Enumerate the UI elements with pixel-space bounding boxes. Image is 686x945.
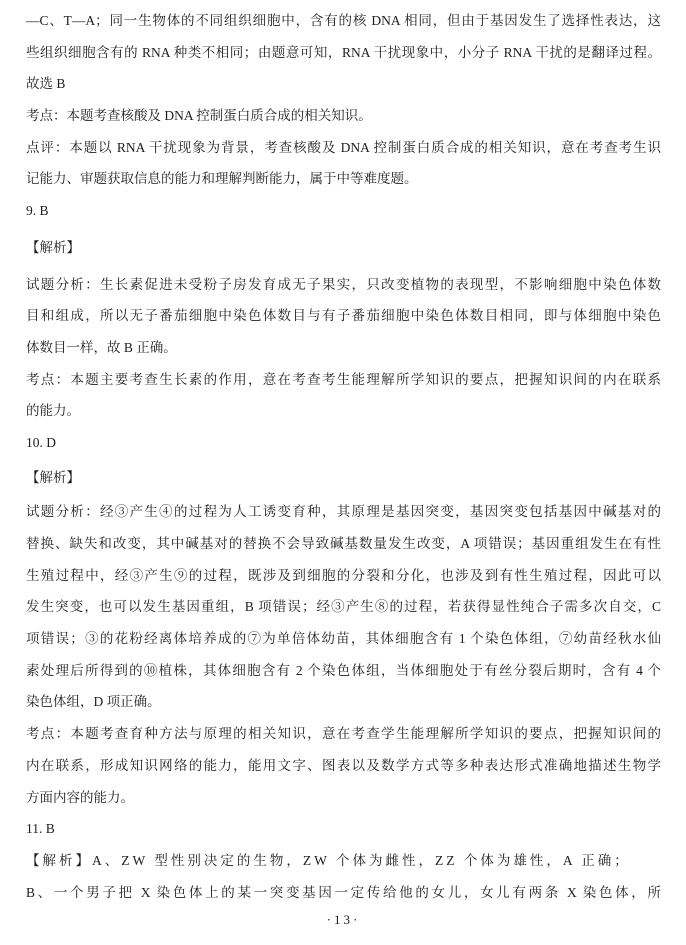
- text-line: 些组织细胞含有的 RNA 种类不相同；由题意可知，RNA 干扰现象中，小分子 R…: [26, 37, 661, 69]
- text-line: 【解析】: [26, 462, 661, 494]
- text-line: 考点：本题考查核酸及 DNA 控制蛋白质合成的相关知识。: [26, 100, 661, 132]
- text-line: 内在联系，形成知识网络的能力，能用文字、图表以及数学方式等多种表达形式准确地描述…: [26, 750, 661, 782]
- text-line: 项错误；③的花粉经离体培养成的⑦为单倍体幼苗，其体细胞含有 1 个染色体组，⑦幼…: [26, 623, 661, 655]
- page-number: ·13·: [26, 911, 661, 929]
- text-line: 的能力。: [26, 395, 661, 427]
- text-line: 体数目一样，故 B 正确。: [26, 332, 661, 364]
- text-line: 考点：本题主要考查生长素的作用，意在考查考生能理解所学知识的要点，把握知识间的内…: [26, 364, 661, 396]
- text-line: 替换、缺失和改变，其中碱基对的替换不会导致碱基数量发生改变，A 项错误；基因重组…: [26, 528, 661, 560]
- document-page: —C、T—A；同一生物体的不同组织细胞中，含有的核 DNA 相同，但由于基因发生…: [0, 0, 686, 929]
- text-line: 染色体组，D 项正确。: [26, 686, 661, 718]
- text-line: 素处理后所得到的⑩植株，其体细胞含有 2 个染色体组，当体细胞处于有丝分裂后期时…: [26, 655, 661, 687]
- text-line: 目和组成，所以无子番茄细胞中染色体数目与有子番茄细胞中染色体数目相同，即与体细胞…: [26, 300, 661, 332]
- text-line: 点评：本题以 RNA 干扰现象为背景，考查核酸及 DNA 控制蛋白质合成的相关知…: [26, 132, 661, 164]
- text-line: 记能力、审题获取信息的能力和理解判断能力，属于中等难度题。: [26, 163, 661, 195]
- text-line: 11. B: [26, 813, 661, 845]
- text-line: 试题分析：经③产生④的过程为人工诱变育种，其原理是基因突变，基因突变包括基因中碱…: [26, 496, 661, 528]
- text-line: 考点：本题考查育种方法与原理的相关知识，意在考查学生能理解所学知识的要点，把握知…: [26, 718, 661, 750]
- text-line: 方面内容的能力。: [26, 782, 661, 814]
- text-line: 9. B: [26, 195, 661, 227]
- text-line: —C、T—A；同一生物体的不同组织细胞中，含有的核 DNA 相同，但由于基因发生…: [26, 5, 661, 37]
- text-line: 试题分析：生长素促进未受粉子房发育成无子果实，只改变植物的表现型，不影响细胞中染…: [26, 269, 661, 301]
- text-line: 发生突变，也可以发生基因重组，B 项错误；经③产生⑧的过程，若获得显性纯合子需多…: [26, 591, 661, 623]
- text-line: 故选 B: [26, 68, 661, 100]
- document-body: —C、T—A；同一生物体的不同组织细胞中，含有的核 DNA 相同，但由于基因发生…: [26, 5, 661, 908]
- text-line: 10. D: [26, 427, 661, 459]
- text-line: 生殖过程中，经③产生⑨的过程，既涉及到细胞的分裂和分化，也涉及到有性生殖过程，因…: [26, 560, 661, 592]
- text-line: B、一个男子把 X 染色体上的某一突变基因一定传给他的女儿，女儿有两条 X 染色…: [26, 877, 661, 909]
- text-line: 【解析】: [26, 232, 661, 264]
- text-line: 【解析】A、ZW 型性别决定的生物，ZW 个体为雌性，ZZ 个体为雄性，A 正确…: [26, 845, 661, 877]
